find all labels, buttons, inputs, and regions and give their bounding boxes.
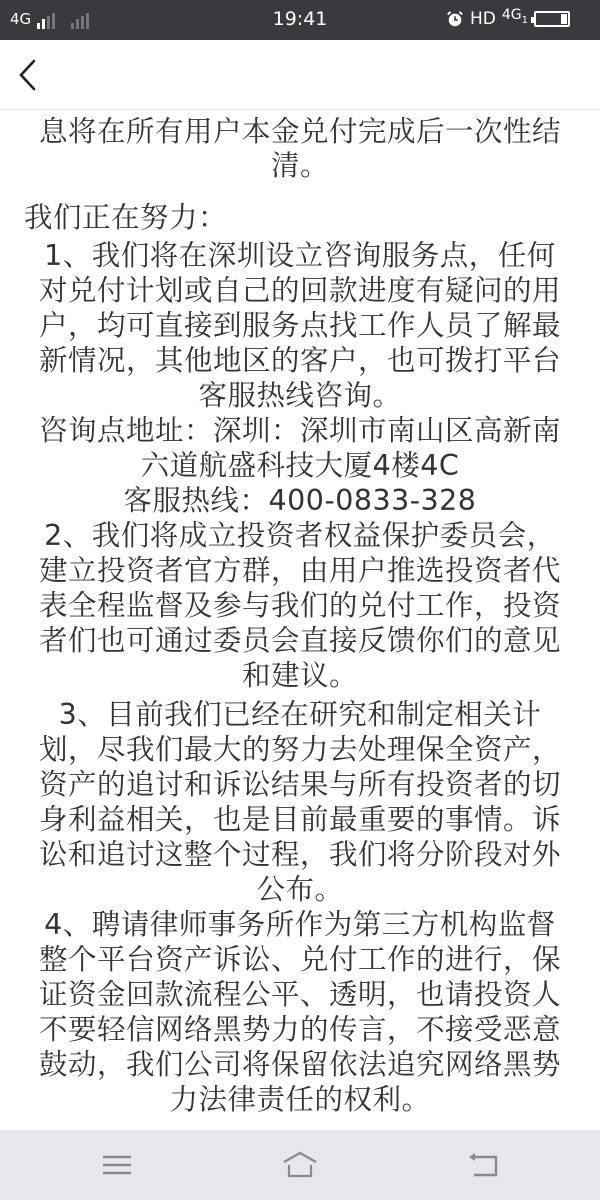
- text-line: 资产的追讨和诉讼结果与所有投资者的切: [20, 767, 580, 803]
- network-4g-text: 4G: [502, 7, 522, 23]
- text-line: 对兑付计划或自己的回款进度有疑问的用: [20, 273, 580, 309]
- section-heading: 我们正在努力：: [24, 200, 584, 236]
- network-sim-index: 1: [522, 14, 528, 25]
- text-line: 不要轻信网络黑势力的传言，不接受恶意: [20, 1012, 580, 1048]
- battery-icon: [534, 11, 570, 27]
- home-icon[interactable]: [280, 1150, 320, 1180]
- hd-voice-label: HD: [470, 9, 496, 29]
- text-line: 和建议。: [20, 658, 580, 694]
- text-line: 清。: [20, 148, 580, 184]
- text-line: 建立投资者官方群，由用户推选投资者代: [20, 553, 580, 589]
- text-line: 整个平台资产诉讼、兑付工作的进行，保: [20, 942, 580, 978]
- text-line: 表全程监督及参与我们的兑付工作，投资: [20, 588, 580, 624]
- network-4g-label: 4G1: [502, 7, 528, 26]
- text-line: 力法律责任的权利。: [20, 1082, 580, 1118]
- hotline: 客服热线：400-0833-328: [20, 483, 580, 519]
- text-line: 证资金回款流程公平、透明，也请投资人: [20, 977, 580, 1013]
- consult-address-cont: 六道航盛科技大厦4楼4C: [20, 448, 580, 484]
- text-line: 鼓动，我们公司将保留依法追究网络黑势: [20, 1047, 580, 1083]
- text-line: 者们也可通过委员会直接反馈你们的意见: [20, 623, 580, 659]
- text-line: 1、我们将在深圳设立咨询服务点，任何: [20, 238, 580, 274]
- text-line: 客服热线咨询。: [20, 378, 580, 414]
- text-line: 身利益相关，也是目前最重要的事情。诉: [20, 802, 580, 838]
- chevron-left-icon[interactable]: [16, 58, 40, 92]
- system-nav-bar: [0, 1130, 600, 1200]
- text-line: 息将在所有用户本金兑付完成后一次性结: [20, 114, 580, 150]
- status-right: HD 4G1: [446, 9, 570, 29]
- text-line: 划，尽我们最大的努力去处理保全资产，: [20, 732, 580, 768]
- app-header: [0, 40, 600, 110]
- consult-address: 咨询点地址：深圳：深圳市南山区高新南: [20, 413, 580, 449]
- text-line: 3、目前我们已经在研究和制定相关计: [20, 697, 580, 733]
- text-line: 2、我们将成立投资者权益保护委员会，: [20, 518, 580, 554]
- text-line: 讼和追讨这整个过程，我们将分阶段对外: [20, 837, 580, 873]
- article-content: 息将在所有用户本金兑付完成后一次性结 清。 我们正在努力： 1、我们将在深圳设立…: [0, 110, 600, 1130]
- alarm-icon: [446, 10, 464, 28]
- text-line: 公布。: [20, 872, 580, 908]
- text-line: 户，均可直接到服务点找工作人员了解最: [20, 308, 580, 344]
- menu-icon[interactable]: [97, 1150, 137, 1180]
- text-line: 4、聘请律师事务所作为第三方机构监督: [20, 907, 580, 943]
- battery-level: [561, 14, 567, 24]
- back-icon[interactable]: [462, 1150, 502, 1180]
- status-bar: 4G 19:41 HD 4G1: [0, 0, 600, 40]
- text-line: 新情况，其他地区的客户，也可拨打平台: [20, 343, 580, 379]
